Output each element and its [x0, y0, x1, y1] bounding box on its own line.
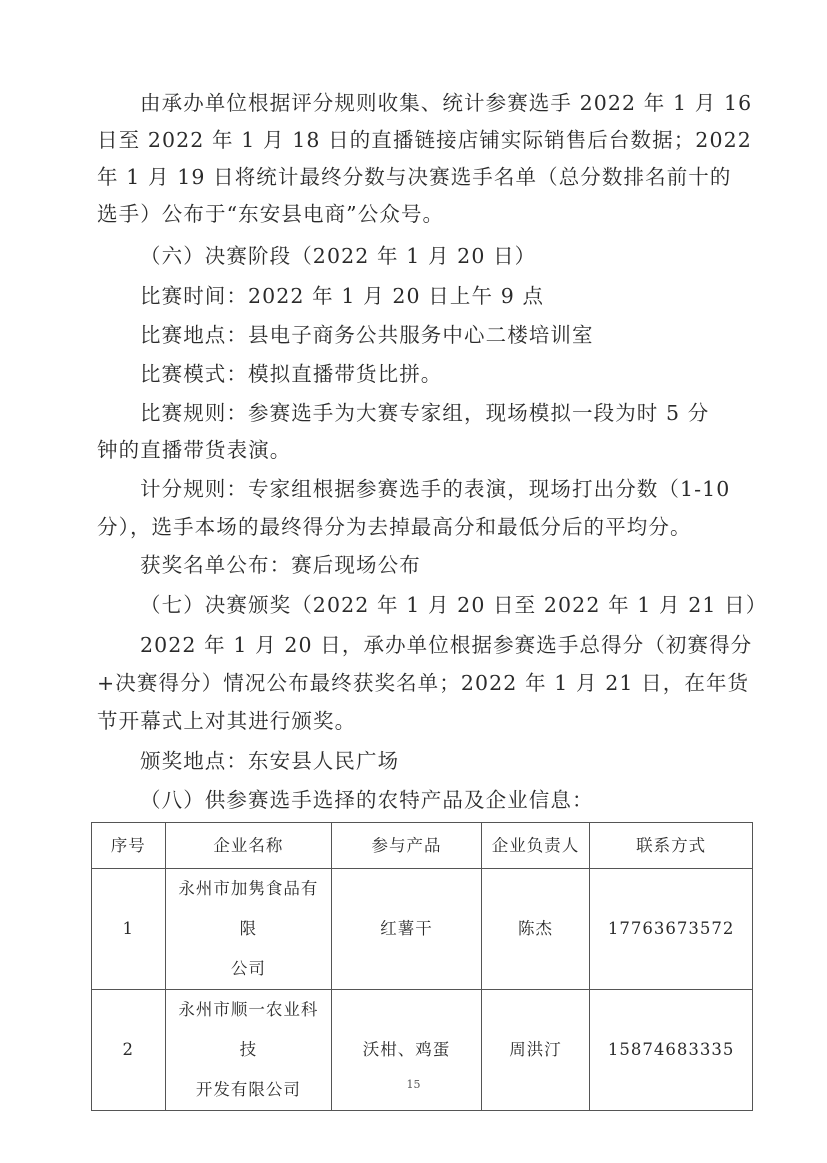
paragraph-line: 年 1 月 19 日将统计最终分数与决赛选手名单（总分数排名前十的 [97, 164, 737, 190]
cell-product: 红薯干 [332, 869, 481, 990]
header-contact-person: 企业负责人 [481, 823, 590, 869]
paragraph-line: 2022 年 1 月 20 日，承办单位根据参赛选手总得分（初赛得分 [140, 632, 780, 658]
paragraph-line: 钟的直播带货表演。 [97, 437, 737, 463]
paragraph-line: 比赛模式：模拟直播带货比拼。 [140, 361, 780, 387]
cell-no: 2 [92, 990, 166, 1111]
table-row: 1 永州市加隽食品有限 公司 红薯干 陈杰 17763673572 [92, 869, 753, 990]
paragraph-line: 计分规则：专家组根据参赛选手的表演，现场打出分数（1-10 [140, 476, 780, 502]
paragraph-line: 分），选手本场的最终得分为去掉最高分和最低分后的平均分。 [97, 514, 737, 540]
company-line-1: 永州市顺一农业科技 [172, 990, 326, 1070]
enterprise-info-table: 序号 企业名称 参与产品 企业负责人 联系方式 1 永州市加隽食品有限 公司 红… [91, 822, 753, 1111]
cell-phone: 17763673572 [590, 869, 753, 990]
header-phone: 联系方式 [590, 823, 753, 869]
company-line-2: 公司 [172, 949, 326, 989]
cell-no: 1 [92, 869, 166, 990]
cell-phone: 15874683335 [590, 990, 753, 1111]
paragraph-line: 获奖名单公布：赛后现场公布 [140, 552, 780, 578]
cell-company: 永州市顺一农业科技 开发有限公司 [165, 990, 332, 1111]
table-header-row: 序号 企业名称 参与产品 企业负责人 联系方式 [92, 823, 753, 869]
paragraph-line: 由承办单位根据评分规则收集、统计参赛选手 2022 年 1 月 16 [140, 90, 780, 116]
header-no: 序号 [92, 823, 166, 869]
document-page: 由承办单位根据评分规则收集、统计参赛选手 2022 年 1 月 16 日至 20… [0, 0, 827, 1163]
paragraph-line: 颁奖地点：东安县人民广场 [140, 748, 780, 774]
paragraph-line: 选手）公布于“东安县电商”公众号。 [97, 201, 737, 227]
cell-company: 永州市加隽食品有限 公司 [165, 869, 332, 990]
section-heading-7: （七）决赛颁奖（2022 年 1 月 20 日至 2022 年 1 月 21 日… [140, 592, 780, 618]
cell-contact-person: 陈杰 [481, 869, 590, 990]
page-number: 15 [0, 1078, 827, 1091]
table-row: 2 永州市顺一农业科技 开发有限公司 沃柑、鸡蛋 周洪汀 15874683335 [92, 990, 753, 1111]
paragraph-line: 比赛时间：2022 年 1 月 20 日上午 9 点 [140, 283, 780, 309]
paragraph-line: 比赛规则：参赛选手为大赛专家组，现场模拟一段为时 5 分 [140, 400, 780, 426]
company-line-1: 永州市加隽食品有限 [172, 869, 326, 949]
cell-product: 沃柑、鸡蛋 [332, 990, 481, 1111]
paragraph-line: 比赛地点：县电子商务公共服务中心二楼培训室 [140, 322, 780, 348]
section-heading-6: （六）决赛阶段（2022 年 1 月 20 日） [140, 243, 780, 269]
header-product: 参与产品 [332, 823, 481, 869]
header-company: 企业名称 [165, 823, 332, 869]
paragraph-line: 日至 2022 年 1 月 18 日的直播链接店铺实际销售后台数据；2022 [97, 127, 737, 153]
paragraph-line: 节开幕式上对其进行颁奖。 [97, 708, 737, 734]
paragraph-line: +决赛得分）情况公布最终获奖名单；2022 年 1 月 21 日，在年货 [97, 670, 737, 696]
section-heading-8: （八）供参赛选手选择的农特产品及企业信息： [140, 787, 780, 813]
cell-contact-person: 周洪汀 [481, 990, 590, 1111]
